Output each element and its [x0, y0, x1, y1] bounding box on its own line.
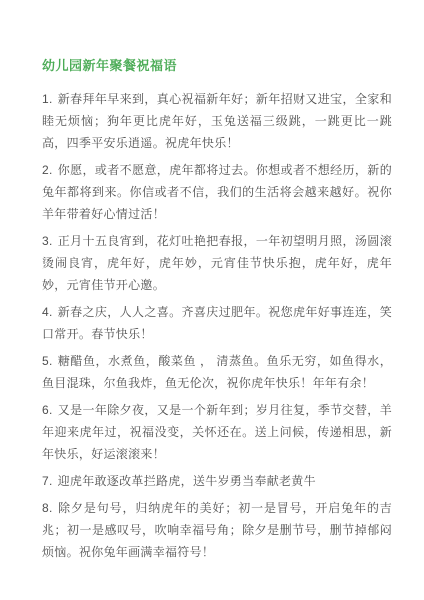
- list-item-2: 2.你愿，或者不愿意，虎年都将过去。你想或者不想经历，新的兔年都将到来。你信或者…: [42, 159, 392, 225]
- item-number: 1.: [42, 92, 53, 106]
- list-item-4: 4.新春之庆，人人之喜。齐喜庆过肥年。祝您虎年好事连连，笑口常开。春节快乐！: [42, 301, 392, 345]
- item-number: 5.: [42, 354, 53, 368]
- item-text: 糖醋鱼，水煮鱼，酸菜鱼 ， 清蒸鱼。鱼乐无穷，如鱼得水，鱼目混珠，尔鱼我炸，鱼无…: [42, 354, 392, 390]
- item-text: 正月十五良宵到，花灯吐艳把春报，一年初望明月照，汤圆滚烫闹良宵，虎年好，虎年妙，…: [42, 234, 392, 292]
- item-text: 新春之庆，人人之喜。齐喜庆过肥年。祝您虎年好事连连，笑口常开。春节快乐！: [42, 305, 392, 341]
- page-title: 幼儿园新年聚餐祝福语: [42, 57, 392, 75]
- item-text: 你愿，或者不愿意，虎年都将过去。你想或者不想经历，新的兔年都将到来。你信或者不信…: [42, 163, 392, 221]
- item-number: 7.: [42, 474, 53, 488]
- list-item-6: 6.又是一年除夕夜，又是一个新年到；岁月往复，季节交替，羊年迎来虎年过，祝福没变…: [42, 399, 392, 465]
- item-text: 迎虎年敢逐改革拦路虎，送牛岁勇当奉献老黄牛: [58, 474, 316, 488]
- list-item-5: 5.糖醋鱼，水煮鱼，酸菜鱼 ， 清蒸鱼。鱼乐无穷，如鱼得水，鱼目混珠，尔鱼我炸，…: [42, 350, 392, 394]
- list-item-1: 1.新春拜年早来到，真心祝福新年好；新年招财又进宝，全家和睦无烦恼；狗年更比虎年…: [42, 88, 392, 154]
- item-text: 新春拜年早来到，真心祝福新年好；新年招财又进宝，全家和睦无烦恼；狗年更比虎年好，…: [42, 92, 392, 150]
- item-text: 除夕是句号，归纳虎年的美好；初一是冒号，开启兔年的吉兆；初一是感叹号，吹响幸福号…: [42, 501, 392, 559]
- list-item-7: 7.迎虎年敢逐改革拦路虎，送牛岁勇当奉献老黄牛: [42, 470, 392, 492]
- item-number: 2.: [42, 163, 53, 177]
- item-number: 6.: [42, 403, 53, 417]
- item-text: 又是一年除夕夜，又是一个新年到；岁月往复，季节交替，羊年迎来虎年过，祝福没变，关…: [42, 403, 392, 461]
- item-number: 8.: [42, 501, 53, 515]
- item-number: 3.: [42, 234, 53, 248]
- item-number: 4.: [42, 305, 53, 319]
- document-page: 幼儿园新年聚餐祝福语 1.新春拜年早来到，真心祝福新年好；新年招财又进宝，全家和…: [0, 0, 424, 600]
- list-item-3: 3.正月十五良宵到，花灯吐艳把春报，一年初望明月照，汤圆滚烫闹良宵，虎年好，虎年…: [42, 230, 392, 296]
- list-item-8: 8.除夕是句号，归纳虎年的美好；初一是冒号，开启兔年的吉兆；初一是感叹号，吹响幸…: [42, 497, 392, 563]
